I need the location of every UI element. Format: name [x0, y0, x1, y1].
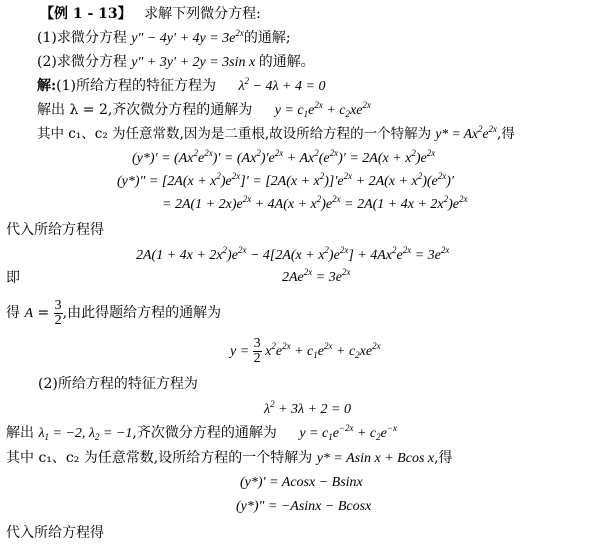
part2-char-eq: λ2 + 3λ + 2 = 0	[264, 400, 351, 420]
part1-deriv2a: (y*)″ = [2A(x + x2)e2x]′ = [2A(x + x2)]′…	[117, 172, 454, 192]
fraction-3-2: 32	[54, 299, 63, 328]
part1-substituted: 2A(1 + 4x + 2x2)e2x − 4[2A(x + x2)e2x] +…	[136, 246, 449, 266]
part1-ie-label: 即	[6, 268, 20, 288]
part2-char-eq-text: (2)所给方程的特征方程为	[38, 374, 198, 394]
problem-1-equation: y″ − 4y′ + 4y = 3e2x	[131, 31, 244, 46]
part1-A-value: 得 A = 32,由此得题给方程的通解为	[6, 296, 221, 331]
example-title: 求解下列微分方程:	[144, 6, 261, 22]
part1-root: 解出 λ = 2,齐次微分方程的通解为 y = c1e2x + c2xe2x	[37, 100, 371, 121]
part2-deriv1: (y*)′ = Acosx − Bsinx	[240, 473, 363, 493]
problem-2-equation: y″ + 3y′ + 2y = 3sin x	[131, 55, 258, 70]
part1-deriv1: (y*)′ = (Ax2e2x)′ = (Ax2)′e2x + Ax2(e2x)…	[132, 149, 435, 169]
example-heading: 【例 1 - 13】 求解下列微分方程:	[40, 4, 261, 24]
part2-deriv2: (y*)″ = −Asinx − Bcosx	[236, 497, 371, 517]
example-label: 【例 1 - 13】	[40, 6, 132, 22]
part1-general-solution: y = 32 x2e2x + c1e2x + c2xe2x	[230, 335, 381, 369]
problem-2: (2)求微分方程 y″ + 3y′ + 2y = 3sin x 的通解。	[37, 52, 315, 73]
part1-deriv2b: = 2A(1 + 2x)e2x + 4A(x + x2)e2x = 2A(1 +…	[162, 195, 468, 215]
part2-root: 解出 λ1 = −2, λ2 = −1,齐次微分方程的通解为 y = c1e−2…	[6, 423, 397, 444]
part1-particular: 其中 c₁、c₂ 为任意常数,因为是二重根,故设所给方程的一个特解为 y* = …	[37, 124, 515, 144]
part2-particular: 其中 c₁、c₂ 为任意常数,设所给方程的一个特解为 y* = Asin x +…	[6, 448, 453, 469]
problem-1: (1)求微分方程 y″ − 4y′ + 4y = 3e2x的通解;	[37, 28, 291, 49]
part1-substitute-text: 代入所给方程得	[6, 220, 104, 240]
solution-part1-char-eq: 解:(1)所给方程的特征方程为 λ2 − 4λ + 4 = 0	[37, 76, 325, 97]
part1-simplified: 2Ae2x = 3e2x	[282, 268, 350, 288]
part2-substitute-text: 代入所给方程得	[6, 523, 104, 543]
